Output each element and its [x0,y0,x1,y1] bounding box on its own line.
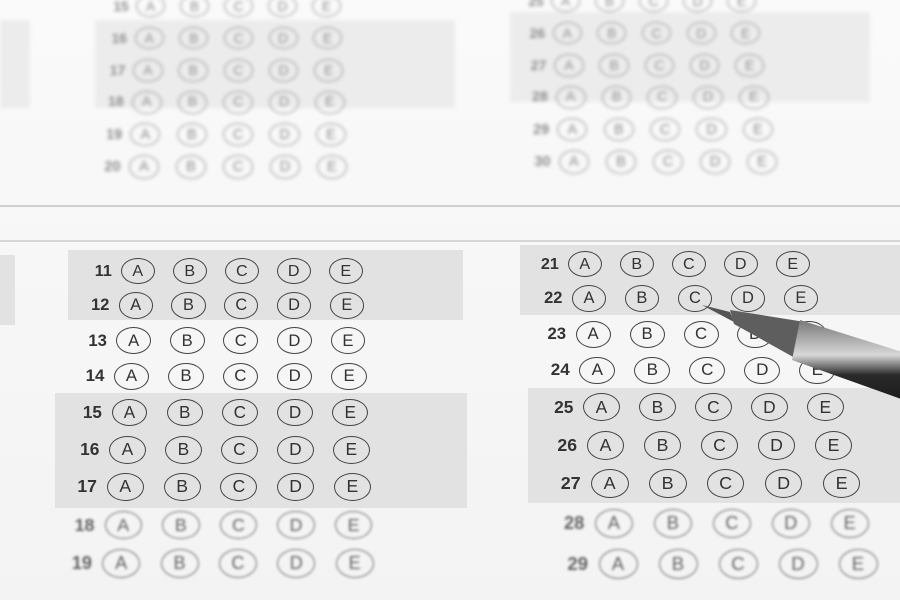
answer-row: 18ABCDE [57,511,392,540]
bubble-b[interactable]: B [161,549,199,578]
shaded-band [0,255,15,325]
question-number: 22 [528,289,562,308]
bubble-d[interactable]: D [269,91,299,114]
bubble-e[interactable]: E [831,509,869,539]
bubble-b[interactable]: B [639,393,675,421]
bubble-c[interactable]: C [645,54,674,77]
bubble-a[interactable]: A [551,0,580,12]
bubble-b[interactable]: B [630,321,665,348]
bubble-b[interactable]: B [625,285,659,312]
bubble-c[interactable]: C [224,59,253,82]
answer-row: 11ABCDE [78,258,381,284]
bubble-b[interactable]: B [165,436,201,464]
bubble-b[interactable]: B [173,258,207,284]
bubble-d[interactable]: D [277,363,312,390]
bubble-c[interactable]: C [701,431,738,460]
shaded-band [0,20,30,108]
bubble-e[interactable]: E [335,511,372,540]
bubble-a[interactable]: A [112,399,148,427]
bubble-b[interactable]: B [595,0,624,12]
bubble-a[interactable]: A [587,431,624,460]
bubble-d[interactable]: D [269,27,298,49]
bubble-d[interactable]: D [277,327,312,354]
bubble-b[interactable]: B [179,27,208,49]
bubble-b[interactable]: B [167,399,203,427]
bubble-b[interactable]: B [170,327,205,354]
question-number: 19 [92,127,122,143]
answer-row: 22ABCDE [528,285,837,312]
bubble-d[interactable]: D [277,549,315,578]
bubble-c[interactable]: C [678,285,712,312]
answer-row: 13ABCDE [72,327,384,354]
bubble-c[interactable]: C [223,91,253,114]
bubble-a[interactable]: A [133,59,162,82]
bubble-a[interactable]: A [129,155,160,179]
bubble-e[interactable]: E [313,27,342,49]
answer-row: 20ABCDE [90,155,364,179]
question-number: 15 [66,403,102,423]
answer-row: 15ABCDE [66,399,387,427]
bubble-a[interactable]: A [114,363,149,390]
bubble-d[interactable]: D [277,436,313,464]
question-number: 29 [519,122,549,138]
bubble-b[interactable]: B [654,509,692,539]
bubble-d[interactable]: D [277,258,311,284]
bubble-e[interactable]: E [743,118,773,141]
question-number: 12 [75,296,109,315]
question-number: 20 [90,159,121,175]
question-number: 17 [60,476,97,497]
bubble-c[interactable]: C [689,357,725,385]
question-number: 26 [540,435,577,456]
question-number: 26 [516,25,545,41]
question-number: 27 [543,473,581,494]
bubble-b[interactable]: B [634,357,670,385]
bubble-d[interactable]: D [277,292,311,318]
bubble-d[interactable]: D [765,469,803,498]
question-number: 28 [546,512,584,534]
bubble-c[interactable]: C [224,292,258,318]
question-number: 30 [520,154,551,170]
answer-row: 25ABCDE [537,393,863,421]
bubble-a[interactable]: A [109,436,145,464]
bubble-b[interactable]: B [597,22,626,44]
bubble-d[interactable]: D [772,509,810,539]
answer-row: 27ABCDE [517,54,780,77]
bubble-e[interactable]: E [791,321,826,348]
bubble-c[interactable]: C [695,393,731,421]
bubble-e[interactable]: E [815,431,852,460]
bubble-d[interactable]: D [744,357,780,385]
bubble-c[interactable]: C [221,436,257,464]
section-divider [0,205,900,207]
bubble-e[interactable]: E [331,327,366,354]
top-section: 15ABCDE16ABCDE17ABCDE18ABCDE19ABCDE20ABC… [0,0,900,210]
question-number: 15 [100,0,129,14]
bubble-b[interactable]: B [599,54,628,77]
question-number: 28 [518,89,548,105]
bubble-d[interactable]: D [277,473,314,501]
bubble-a[interactable]: A [556,86,586,109]
bubble-b[interactable]: B [176,155,207,179]
question-number: 17 [96,62,125,78]
bubble-a[interactable]: A [591,469,629,498]
bubble-c[interactable]: C [224,27,253,49]
answer-row: 24ABCDE [534,357,854,385]
bubble-a[interactable]: A [119,292,153,318]
bubble-e[interactable]: E [330,292,364,318]
bubble-c[interactable]: C [684,321,719,348]
answer-sheet: 15ABCDE16ABCDE17ABCDE18ABCDE19ABCDE20ABC… [0,0,900,600]
bubble-e[interactable]: E [331,363,366,390]
bubble-a[interactable]: A [136,0,165,17]
bubble-a[interactable]: A [107,473,144,501]
bubble-a[interactable]: A [132,91,162,114]
bubble-b[interactable]: B [620,251,654,277]
question-number: 11 [78,262,112,281]
bubble-d[interactable]: D [737,321,772,348]
question-number: 25 [515,0,544,9]
bubble-b[interactable]: B [162,511,199,540]
bubble-e[interactable]: E [735,54,764,77]
bubble-c[interactable]: C [223,123,253,146]
bubble-e[interactable]: E [312,0,341,17]
bubble-e[interactable]: E [329,258,363,284]
answer-row: 18ABCDE [94,91,361,114]
answer-row: 28ABCDE [518,86,785,109]
answer-row: 17ABCDE [60,473,391,501]
question-number: 18 [57,515,94,536]
bubble-b[interactable]: B [602,86,632,109]
answer-row: 26ABCDE [540,431,872,460]
bubble-c[interactable]: C [225,258,259,284]
bubble-d[interactable]: D [277,399,313,427]
bubble-a[interactable]: A [568,251,602,277]
bubble-a[interactable]: A [579,357,615,385]
question-number: 16 [63,439,99,460]
bubble-d[interactable]: D [270,155,301,179]
bubble-e[interactable]: E [776,251,810,277]
bubble-e[interactable]: E [747,150,778,174]
bubble-d[interactable]: D [724,251,758,277]
bubble-c[interactable]: C [220,473,257,501]
bubble-e[interactable]: E [739,86,769,109]
bubble-e[interactable]: E [332,399,368,427]
bubble-e[interactable]: E [334,473,371,501]
bubble-e[interactable]: E [727,0,756,12]
answer-row: 19ABCDE [54,549,394,578]
bubble-a[interactable]: A [557,118,587,141]
bubble-b[interactable]: B [606,150,637,174]
question-number: 21 [525,255,559,274]
bubble-d[interactable]: D [700,150,731,174]
answer-row: 25ABCDE [515,0,771,12]
bubble-c[interactable]: C [707,469,745,498]
question-number: 29 [549,553,588,575]
bubble-e[interactable]: E [333,436,369,464]
bubble-e[interactable]: E [317,155,348,179]
question-number: 27 [517,57,546,73]
bubble-b[interactable]: B [178,91,208,114]
question-number: 13 [72,331,107,351]
bubble-e[interactable]: E [316,123,346,146]
bubble-d[interactable]: D [269,123,299,146]
answer-row: 15ABCDE [100,0,356,17]
question-number: 24 [534,360,570,380]
bubble-d[interactable]: D [693,86,723,109]
bubble-d[interactable]: D [268,0,297,17]
bubble-c[interactable]: C [219,549,257,578]
question-number: 18 [94,94,124,110]
bubble-c[interactable]: C [713,509,751,539]
answer-row: 30ABCDE [520,150,794,174]
bubble-e[interactable]: E [731,22,760,44]
answer-row: 29ABCDE [549,549,899,579]
bubble-d[interactable]: D [758,431,795,460]
answer-row: 21ABCDE [525,251,828,277]
bubble-b[interactable]: B [177,123,207,146]
bubble-a[interactable]: A [135,27,164,49]
bubble-a[interactable]: A [130,123,160,146]
bubble-c[interactable]: C [650,118,680,141]
bubble-c[interactable]: C [672,251,706,277]
bubble-c[interactable]: C [642,22,671,44]
bubble-d[interactable]: D [696,118,726,141]
bubble-b[interactable]: B [649,469,687,498]
question-number: 25 [537,397,573,418]
bubble-a[interactable]: A [595,509,633,539]
bubble-a[interactable]: A [576,321,611,348]
answer-row: 19ABCDE [92,123,362,146]
bubble-b[interactable]: B [164,473,201,501]
bubble-d[interactable]: D [731,285,765,312]
bubble-a[interactable]: A [102,549,140,578]
bubble-b[interactable]: B [180,0,209,17]
bubble-a[interactable]: A [554,54,583,77]
answer-row: 14ABCDE [69,363,386,390]
bubble-b[interactable]: B [604,118,634,141]
bubble-b[interactable]: B [644,431,681,460]
bubble-d[interactable]: D [779,549,818,579]
bubble-b[interactable]: B [659,549,698,579]
section-divider [0,240,900,242]
bubble-c[interactable]: C [653,150,684,174]
bubble-d[interactable]: D [277,511,314,540]
question-number: 19 [54,553,92,574]
bubble-a[interactable]: A [583,393,619,421]
bubble-e[interactable]: E [807,393,843,421]
bubble-e[interactable]: E [336,549,374,578]
bubble-b[interactable]: B [178,59,207,82]
answer-row: 17ABCDE [96,59,359,82]
bubble-e[interactable]: E [823,469,861,498]
bubble-a[interactable]: A [121,258,155,284]
bubble-b[interactable]: B [171,292,205,318]
bubble-d[interactable]: D [751,393,787,421]
bubble-a[interactable]: A [553,22,582,44]
bubble-c[interactable]: C [224,0,253,17]
bubble-e[interactable]: E [784,285,818,312]
bubble-c[interactable]: C [223,327,258,354]
answer-row: 27ABCDE [543,469,881,498]
answer-row: 16ABCDE [63,436,389,464]
bubble-e[interactable]: E [799,357,835,385]
question-number: 23 [531,324,566,344]
question-number: 16 [98,30,127,46]
answer-row: 28ABCDE [546,509,890,539]
bubble-e[interactable]: E [314,59,343,82]
answer-row: 26ABCDE [516,22,776,44]
answer-row: 23ABCDE [531,321,845,348]
bubble-c[interactable]: C [220,511,257,540]
bubble-c[interactable]: C [719,549,758,579]
bubble-c[interactable]: C [639,0,668,12]
bubble-c[interactable]: C [222,399,258,427]
bubble-e[interactable]: E [315,91,345,114]
answer-row: 16ABCDE [98,27,358,49]
bubble-d[interactable]: D [687,22,716,44]
bubble-d[interactable]: D [683,0,712,12]
bubble-b[interactable]: B [168,363,203,390]
answer-row: 29ABCDE [519,118,789,141]
bubble-d[interactable]: D [269,59,298,82]
bubble-a[interactable]: A [105,511,142,540]
bubble-e[interactable]: E [839,549,878,579]
answer-row: 12ABCDE [75,292,382,318]
bubble-a[interactable]: A [572,285,606,312]
bubble-a[interactable]: A [116,327,151,354]
bubble-a[interactable]: A [559,150,590,174]
bubble-c[interactable]: C [647,86,677,109]
bubble-a[interactable]: A [599,549,638,579]
question-number: 14 [69,366,104,386]
bubble-c[interactable]: C [223,363,258,390]
bubble-c[interactable]: C [223,155,254,179]
bubble-d[interactable]: D [690,54,719,77]
